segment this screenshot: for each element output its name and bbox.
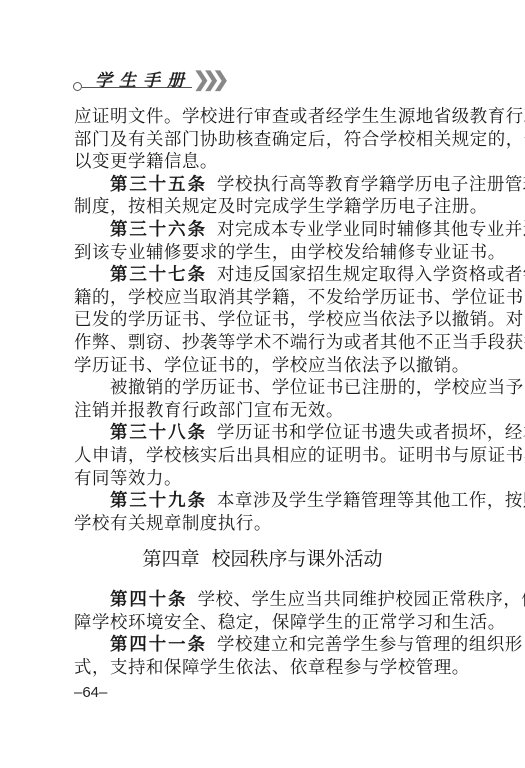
- text-line: 应证明文件。学校进行审查或者经学生生源地省级教育行政: [74, 106, 458, 129]
- chapter-heading: 第四章校园秩序与课外活动: [0, 544, 525, 571]
- text-line: 有同等效力。: [74, 468, 458, 491]
- text-line: 已发的学历证书、学位证书，学校应当依法予以撤销。对以: [74, 309, 458, 332]
- line-text: 障学校环境安全、稳定，保障学生的正常学习和生活。: [74, 613, 506, 633]
- text-line: 注销并报教育行政部门宣布无效。: [74, 400, 458, 423]
- line-text: 学校执行高等教育学籍学历电子注册管理: [217, 175, 525, 195]
- line-text: 对违反国家招生规定取得入学资格或者学: [217, 265, 525, 285]
- chapter-number: 第四章: [142, 548, 199, 570]
- line-text: 学校建立和完善学生参与管理的组织形: [217, 635, 523, 655]
- line-text: 本章涉及学生学籍管理等其他工作，按照: [217, 491, 525, 511]
- line-text: 以变更学籍信息。: [74, 152, 218, 172]
- circle-ornament-icon: [73, 82, 82, 91]
- article-label: 第四十条: [110, 590, 188, 610]
- line-text: 制度，按相关规定及时完成学生学籍学历电子注册。: [74, 197, 488, 217]
- text-line: 人申请，学校核实后出具相应的证明书。证明书与原证书具: [74, 445, 458, 468]
- article-label: 第四十一条: [110, 635, 207, 655]
- line-text: 被撤销的学历证书、学位证书已注册的，学校应当予以: [110, 378, 525, 398]
- chevrons-right-icon: ❯❯❯: [193, 67, 222, 91]
- article-label: 第三十五条: [110, 175, 207, 195]
- text-line: 部门及有关部门协助核查确定后，符合学校相关规定的，予: [74, 129, 458, 152]
- line-text: 到该专业辅修要求的学生，由学校发给辅修专业证书。: [74, 243, 506, 263]
- article-41: 第四十一条学校建立和完善学生参与管理的组织形: [74, 634, 458, 657]
- line-text: 有同等效力。: [74, 469, 182, 489]
- page-number: –64–: [74, 684, 107, 701]
- line-text: 学校、学生应当共同维护校园正常秩序，保: [198, 590, 525, 610]
- article-label: 第三十八条: [110, 423, 207, 443]
- text-line: 障学校环境安全、稳定，保障学生的正常学习和生活。: [74, 612, 458, 635]
- line-text: 籍的，学校应当取消其学籍，不发给学历证书、学位证书；: [74, 288, 525, 308]
- line-text: 部门及有关部门协助核查确定后，符合学校相关规定的，予: [74, 130, 525, 150]
- running-header: 学生手册 ❯❯❯: [73, 64, 223, 94]
- line-text: 作弊、剽窃、抄袭等学术不端行为或者其他不正当手段获得: [74, 333, 525, 353]
- line-text: 已发的学历证书、学位证书，学校应当依法予以撤销。对以: [74, 310, 525, 330]
- line-text: 人申请，学校核实后出具相应的证明书。证明书与原证书具: [74, 446, 525, 466]
- line-text: 注销并报教育行政部门宣布无效。: [74, 401, 344, 421]
- text-line: 以变更学籍信息。: [74, 151, 458, 174]
- article-35: 第三十五条学校执行高等教育学籍学历电子注册管理: [74, 174, 458, 197]
- article-37: 第三十七条对违反国家招生规定取得入学资格或者学: [74, 264, 458, 287]
- text-line: 到该专业辅修要求的学生，由学校发给辅修专业证书。: [74, 242, 458, 265]
- line-text: 学历证书、学位证书的，学校应当依法予以撤销。: [74, 356, 470, 376]
- article-38: 第三十八条学历证书和学位证书遗失或者损坏，经本: [74, 422, 458, 445]
- article-label: 第三十九条: [110, 491, 207, 511]
- article-label: 第三十六条: [110, 220, 207, 240]
- article-40: 第四十条学校、学生应当共同维护校园正常秩序，保: [74, 589, 458, 612]
- line-text: 学历证书和学位证书遗失或者损坏，经本: [217, 423, 525, 443]
- body-text: 应证明文件。学校进行审查或者经学生生源地省级教育行政 部门及有关部门协助核查确定…: [74, 106, 458, 535]
- header-title: 学生手册: [95, 66, 191, 91]
- line-text: 对完成本专业学业同时辅修其他专业并达: [217, 220, 525, 240]
- chapter-body-text: 第四十条学校、学生应当共同维护校园正常秩序，保 障学校环境安全、稳定，保障学生的…: [74, 589, 458, 679]
- text-line: 作弊、剽窃、抄袭等学术不端行为或者其他不正当手段获得: [74, 332, 458, 355]
- article-label: 第三十七条: [110, 265, 207, 285]
- text-line: 式，支持和保障学生依法、依章程参与学校管理。: [74, 657, 458, 680]
- text-line: 制度，按相关规定及时完成学生学籍学历电子注册。: [74, 196, 458, 219]
- line-text: 应证明文件。学校进行审查或者经学生生源地省级教育行政: [74, 107, 525, 127]
- text-line: 学校有关规章制度执行。: [74, 513, 458, 536]
- article-39: 第三十九条本章涉及学生学籍管理等其他工作，按照: [74, 490, 458, 513]
- line-text: 式，支持和保障学生依法、依章程参与学校管理。: [74, 658, 470, 678]
- text-line: 籍的，学校应当取消其学籍，不发给学历证书、学位证书；: [74, 287, 458, 310]
- chapter-title: 校园秩序与课外活动: [212, 548, 383, 570]
- article-36: 第三十六条对完成本专业学业同时辅修其他专业并达: [74, 219, 458, 242]
- text-line: 被撤销的学历证书、学位证书已注册的，学校应当予以: [74, 377, 458, 400]
- text-line: 学历证书、学位证书的，学校应当依法予以撤销。: [74, 355, 458, 378]
- line-text: 学校有关规章制度执行。: [74, 514, 272, 534]
